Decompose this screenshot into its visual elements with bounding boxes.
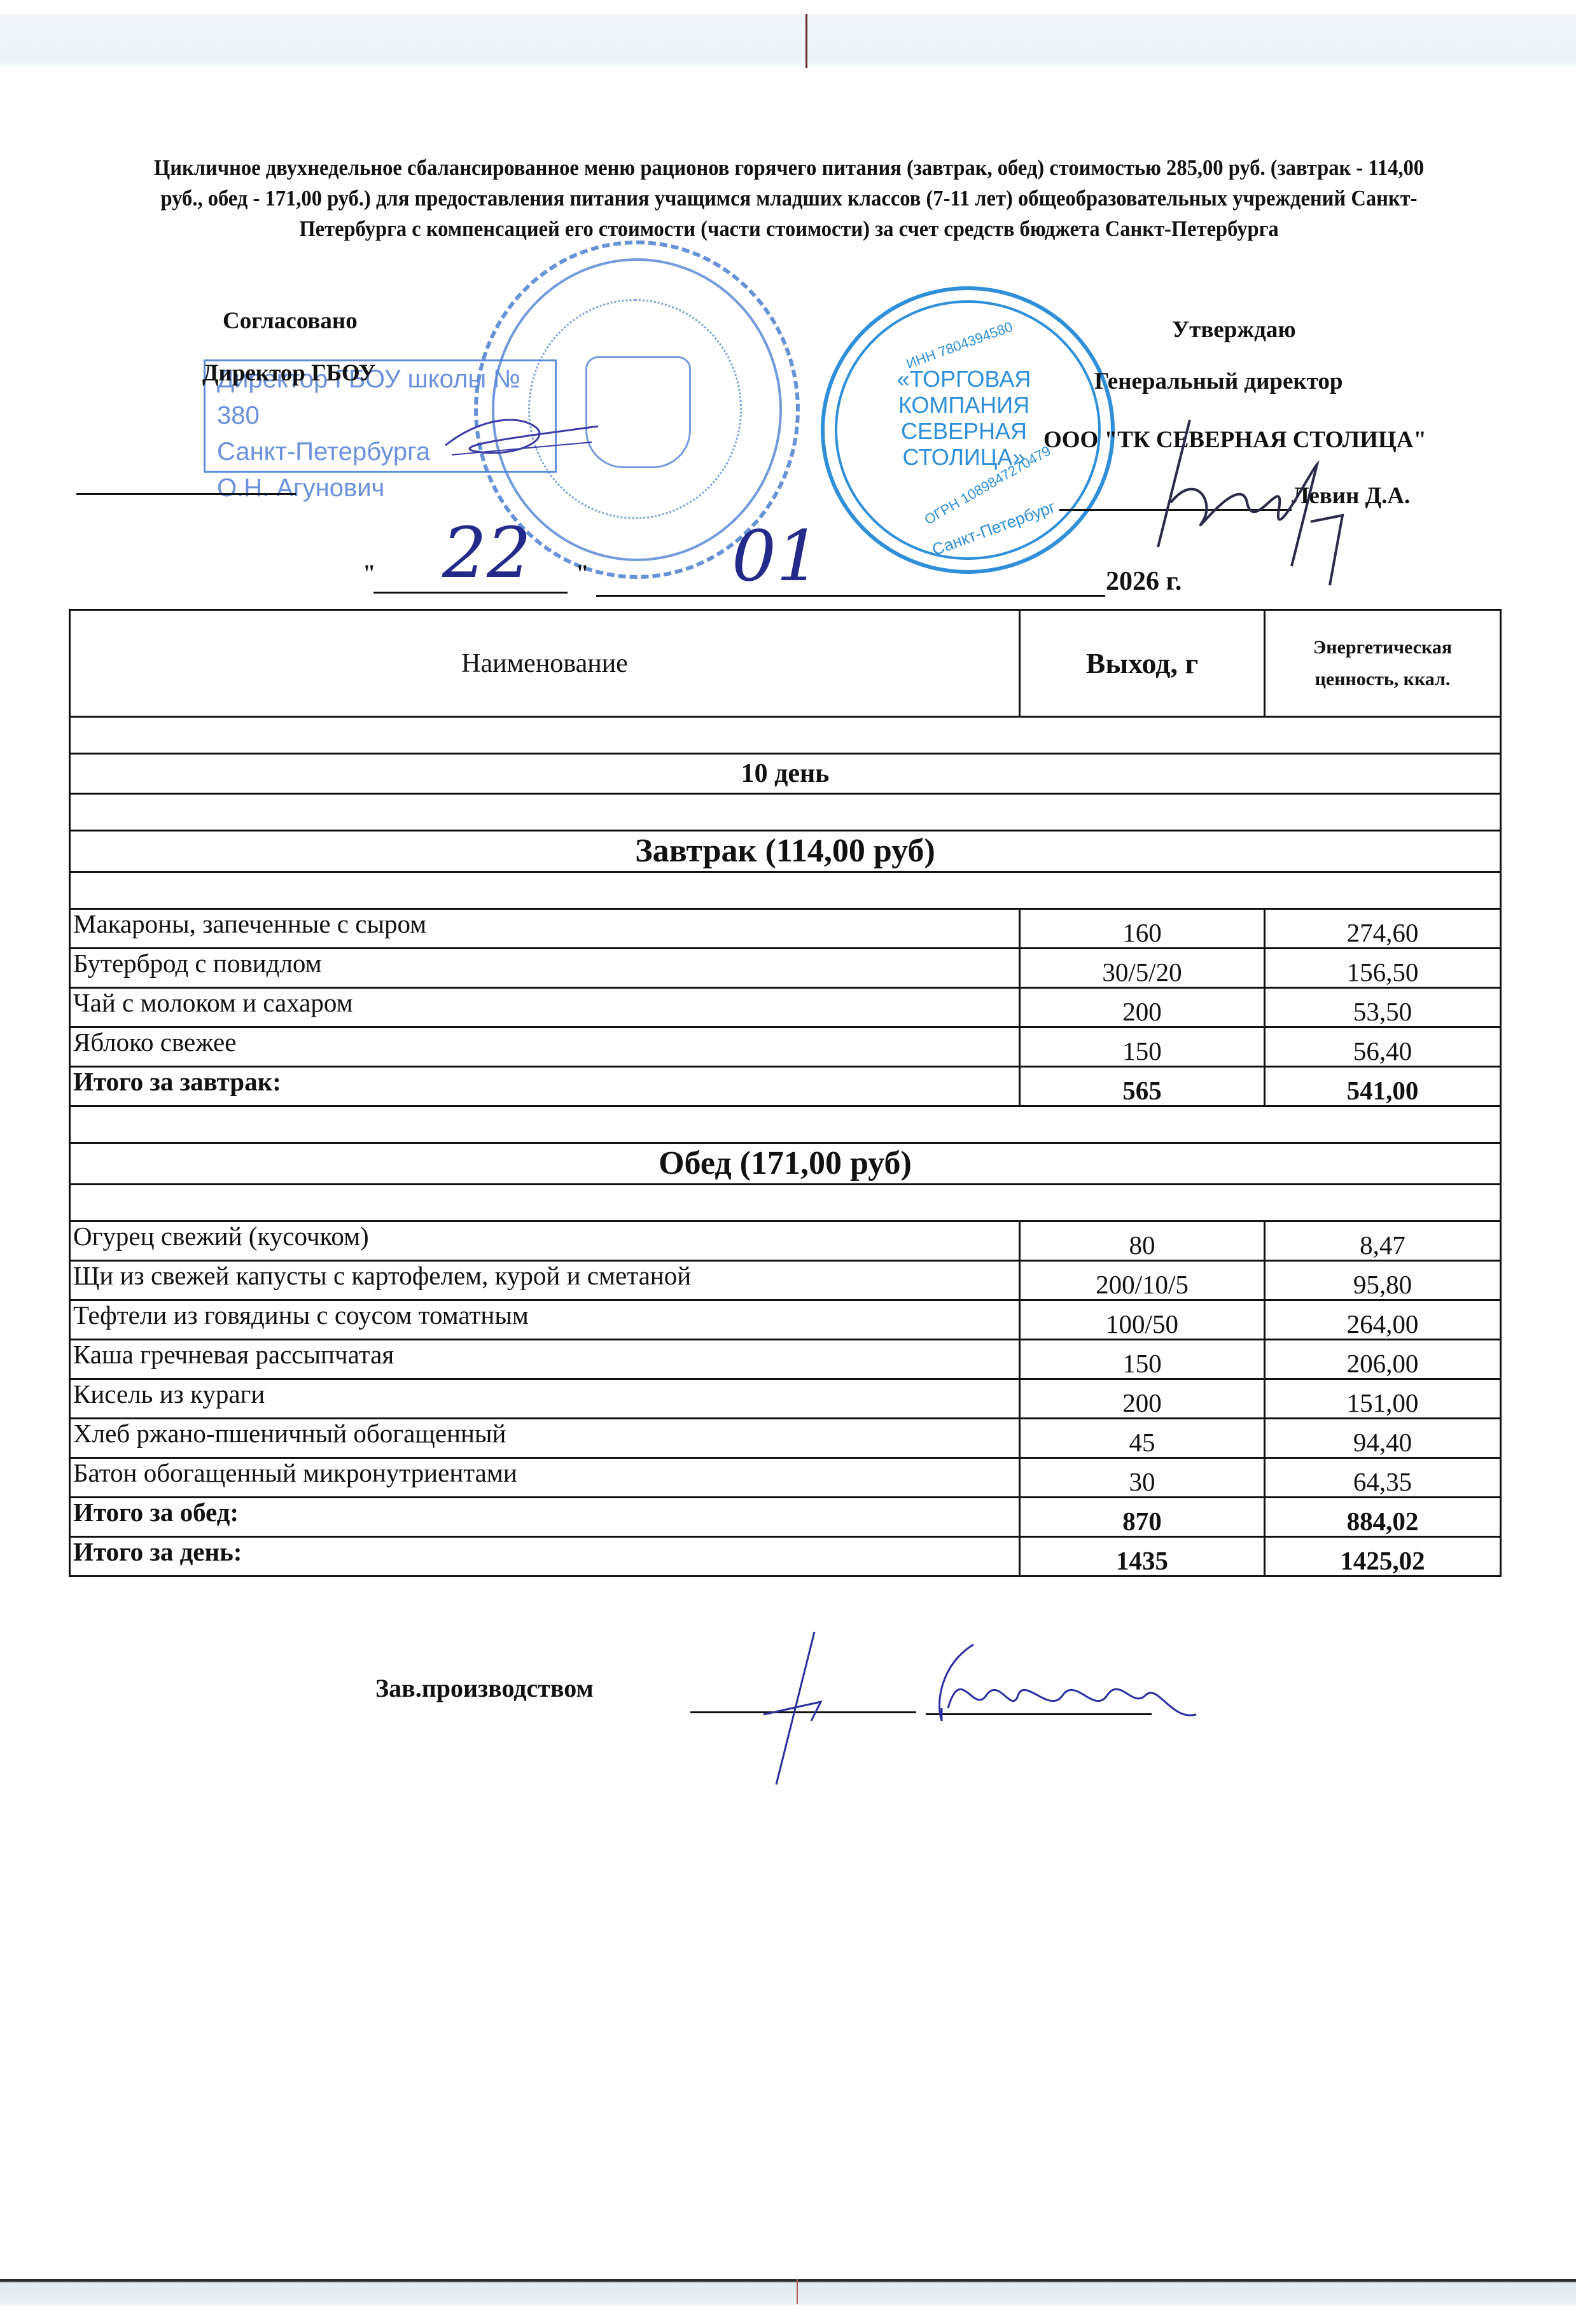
approval-right-label: Утверждаю [1172, 316, 1296, 344]
table-row: Тефтели из говядины с соусом томатным100… [70, 1300, 1501, 1340]
meal-title-row: Завтрак (114,00 руб) [70, 831, 1501, 872]
breakfast-total-row: Итого за завтрак: 565 541,00 [70, 1067, 1501, 1106]
company-stamp-name-line: «ТОРГОВАЯ [872, 366, 1056, 392]
total-energy: 541,00 [1265, 1067, 1501, 1106]
item-name: Щи из свежей капусты с картофелем, курой… [70, 1261, 1020, 1300]
item-output: 150 [1020, 1027, 1265, 1067]
item-name: Каша гречневая рассыпчатая [70, 1340, 1020, 1379]
stamp-line-3: О.Н. Агунович [217, 470, 555, 506]
table-row: Чай с молоком и сахаром20053,50 [70, 988, 1501, 1027]
item-output: 200/10/5 [1020, 1261, 1265, 1300]
day-total-output: 1435 [1020, 1537, 1265, 1576]
table-row: Хлеб ржано-пшеничный обогащенный4594,40 [70, 1419, 1501, 1458]
table-row: Батон обогащенный микронутриентами3064,3… [70, 1458, 1501, 1498]
day-total-label: Итого за день: [70, 1537, 1020, 1576]
item-output: 80 [1020, 1221, 1265, 1261]
date-day: 22 [442, 512, 531, 594]
item-energy: 56,40 [1265, 1027, 1501, 1067]
item-name: Чай с молоком и сахаром [70, 988, 1020, 1027]
day-row: 10 день [70, 754, 1501, 794]
meal-title-row: Обед (171,00 руб) [70, 1143, 1501, 1185]
document-title: Цикличное двухнедельное сбалансированное… [138, 153, 1440, 244]
spacer-row [70, 794, 1501, 831]
total-label: Итого за обед: [70, 1498, 1020, 1537]
company-stamp-name-line: СЕВЕРНАЯ [872, 418, 1056, 444]
production-manager-label: Зав.производством [375, 1673, 594, 1703]
item-name: Хлеб ржано-пшеничный обогащенный [70, 1419, 1020, 1458]
date-day-line [373, 592, 568, 594]
director-signature-icon [439, 407, 604, 464]
table-header-row: Наименование Выход, г Энергетическая цен… [70, 610, 1501, 717]
total-output: 870 [1020, 1498, 1265, 1537]
item-energy: 53,50 [1265, 988, 1501, 1027]
lunch-items: Огурец свежий (кусочком)808,47Щи из свеж… [70, 1221, 1501, 1498]
day-total-energy: 1425,02 [1265, 1537, 1501, 1576]
breakfast-items: Макароны, запеченные с сыром160274,60Бут… [70, 909, 1501, 1067]
scan-top-edge [0, 0, 1576, 67]
item-energy: 274,60 [1265, 909, 1501, 949]
table-row: Огурец свежий (кусочком)808,47 [70, 1221, 1501, 1261]
item-energy: 64,35 [1265, 1458, 1501, 1498]
item-name: Кисель из кураги [70, 1379, 1020, 1419]
item-name: Бутерброд с повидлом [70, 949, 1020, 988]
item-output: 45 [1020, 1419, 1265, 1458]
header-energy: Энергетическая ценность, ккал. [1265, 610, 1501, 717]
table-row: Щи из свежей капусты с картофелем, курой… [70, 1261, 1501, 1300]
item-output: 30/5/20 [1020, 949, 1265, 988]
item-energy: 94,40 [1265, 1419, 1501, 1458]
table-row: Бутерброд с повидлом30/5/20156,50 [70, 949, 1501, 988]
date-month-line [596, 595, 1105, 597]
company-stamp-name-line: КОМПАНИЯ [872, 392, 1056, 418]
table-row: Макароны, запеченные с сыром160274,60 [70, 909, 1501, 949]
date-quote-open: " [363, 560, 376, 587]
lunch-total-row: Итого за обед: 870 884,02 [70, 1498, 1501, 1537]
scan-fold-mark [797, 2279, 798, 2304]
date-year: 2026 г. [1106, 566, 1182, 597]
day-total-row: Итого за день: 1435 1425,02 [70, 1537, 1501, 1576]
item-output: 200 [1020, 1379, 1265, 1419]
table-row: Яблоко свежее15056,40 [70, 1027, 1501, 1067]
item-output: 200 [1020, 988, 1265, 1027]
approval-right-position: Генеральный директор [1094, 368, 1343, 395]
date-month: 01 [732, 515, 821, 597]
day-label: 10 день [70, 754, 1501, 794]
lunch-title: Обед (171,00 руб) [70, 1143, 1501, 1185]
spacer-row [70, 717, 1501, 754]
approval-left-label: Согласовано [223, 307, 358, 335]
total-label: Итого за завтрак: [70, 1067, 1020, 1106]
table-row: Каша гречневая рассыпчатая150206,00 [70, 1340, 1501, 1379]
item-energy: 151,00 [1265, 1379, 1501, 1419]
item-name: Тефтели из говядины с соусом томатным [70, 1300, 1020, 1340]
item-output: 30 [1020, 1458, 1265, 1498]
header-name: Наименование [70, 610, 1020, 717]
date-quote-close: " [576, 560, 589, 587]
scan-fold-mark [805, 14, 807, 68]
spacer-row [70, 1106, 1501, 1143]
item-output: 150 [1020, 1340, 1265, 1379]
scan-bottom-edge [0, 2279, 1576, 2324]
total-energy: 884,02 [1265, 1498, 1501, 1537]
item-output: 100/50 [1020, 1300, 1265, 1340]
item-energy: 156,50 [1265, 949, 1501, 988]
item-name: Яблоко свежее [70, 1027, 1020, 1067]
item-energy: 206,00 [1265, 1340, 1501, 1379]
item-name: Батон обогащенный микронутриентами [70, 1458, 1020, 1498]
header-output: Выход, г [1020, 610, 1265, 717]
item-energy: 264,00 [1265, 1300, 1501, 1340]
menu-table: Наименование Выход, г Энергетическая цен… [69, 609, 1502, 1577]
approval-left-position: Директор ГБОУ [202, 359, 376, 387]
breakfast-title: Завтрак (114,00 руб) [70, 831, 1501, 872]
item-energy: 95,80 [1265, 1261, 1501, 1300]
item-name: Макароны, запеченные с сыром [70, 909, 1020, 949]
table-row: Кисель из кураги200151,00 [70, 1379, 1501, 1419]
item-energy: 8,47 [1265, 1221, 1501, 1261]
spacer-row [70, 872, 1501, 909]
total-output: 565 [1020, 1067, 1265, 1106]
spacer-row [70, 1185, 1501, 1221]
item-name: Огурец свежий (кусочком) [70, 1221, 1020, 1261]
production-manager-signature-icon [751, 1625, 1298, 1791]
item-output: 160 [1020, 909, 1265, 949]
left-signature-line [76, 493, 296, 495]
